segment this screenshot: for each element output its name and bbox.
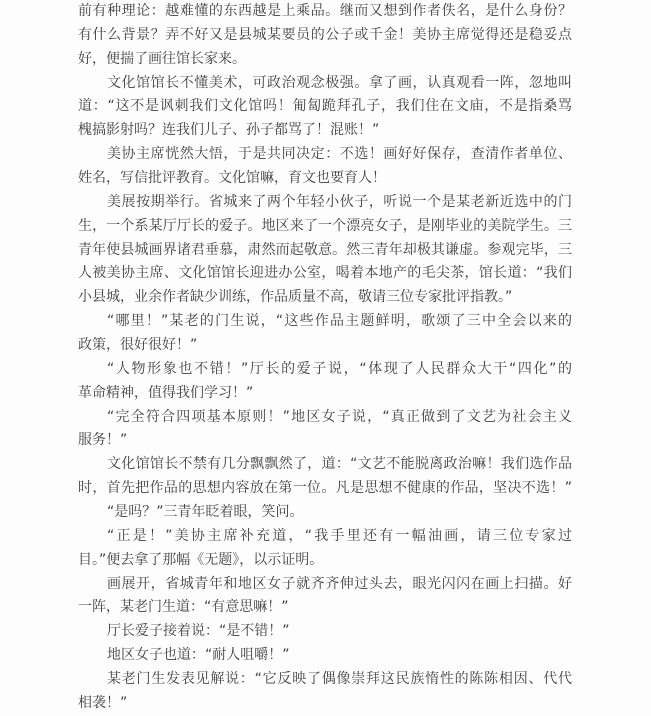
text-line: “人物形象也不错！”厅长的爱子说，“体现了人民群众大干“四化”的 bbox=[78, 358, 572, 382]
text-line: 前有种理论：越难懂的东西越是上乘品。继而又想到作者佚名，是什么身份？ bbox=[78, 0, 572, 24]
text-line: 青年使县城画界诸君垂慕，肃然而起敬意。然三青年却极其谦虚。参观完毕，三 bbox=[78, 239, 572, 263]
text-line: 画展开，省城青年和地区女子就齐齐伸过头去，眼光闪闪在画上扫描。好 bbox=[78, 573, 572, 597]
text-line: “是吗？”三青年眨着眼，笑问。 bbox=[78, 501, 572, 525]
text-line: 美协主席恍然大悟，于是共同决定：不选！画好好保存，查清作者单位、 bbox=[78, 143, 572, 167]
text-line: 目。”便去拿了那幅《无题》，以示证明。 bbox=[78, 549, 572, 573]
text-line: 时，首先把作品的思想内容放在第一位。凡是思想不健康的作品，坚决不选！” bbox=[78, 477, 572, 501]
text-line: 道：“这不是讽刺我们文化馆吗！匍匐跪拜孔子，我们住在文庙，不是指桑骂 bbox=[78, 95, 572, 119]
text-line: 小县城，业余作者缺少训练，作品质量不高，敬请三位专家批评指教。” bbox=[78, 286, 572, 310]
text-line: 好，便揣了画往馆长家来。 bbox=[78, 48, 572, 72]
text-line: 革命精神，值得我们学习！” bbox=[78, 382, 572, 406]
text-line: 文化馆馆长不懂美术，可政治观念极强。拿了画，认真观看一阵，忽地叫 bbox=[78, 72, 572, 96]
text-line: 相袭！” bbox=[78, 692, 572, 716]
text-line: 文化馆馆长不禁有几分飘飘然了，道：“文艺不能脱离政治嘛！我们选作品 bbox=[78, 453, 572, 477]
text-column: 前有种理论：越难懂的东西越是上乘品。继而又想到作者佚名，是什么身份？有什么背景？… bbox=[78, 0, 572, 716]
text-line: 姓名，写信批评教育。文化馆嘛，育文也要育人！ bbox=[78, 167, 572, 191]
scanned-book-page: { "page": { "background": "#fdfdfd", "te… bbox=[0, 0, 651, 716]
text-line: 人被美协主席、文化馆馆长迎进办公室，喝着本地产的毛尖茶，馆长道：“我们 bbox=[78, 262, 572, 286]
text-line: 地区女子也道：“耐人咀嚼！” bbox=[78, 644, 572, 668]
text-line: 一阵，某老门生道：“有意思嘛！” bbox=[78, 596, 572, 620]
text-line: “完全符合四项基本原则！”地区女子说，“真正做到了文艺为社会主义 bbox=[78, 406, 572, 430]
text-line: 有什么背景？弄不好又是县城某要员的公子或千金！美协主席觉得还是稳妥点 bbox=[78, 24, 572, 48]
text-line: 槐搞影射吗？连我们儿子、孙子都骂了！混账！” bbox=[78, 119, 572, 143]
text-line: 美展按期举行。省城来了两个年轻小伙子，听说一个是某老新近选中的门 bbox=[78, 191, 572, 215]
text-line: 政策，很好很好！” bbox=[78, 334, 572, 358]
text-line: 服务！” bbox=[78, 429, 572, 453]
text-line: 生，一个系某厅厅长的爱子。地区来了一个漂亮女子，是刚毕业的美院学生。三 bbox=[78, 215, 572, 239]
text-line: “哪里！”某老的门生说，“这些作品主题鲜明，歌颂了三中全会以来的 bbox=[78, 310, 572, 334]
text-line: 厅长爱子接着说：“是不错！” bbox=[78, 620, 572, 644]
text-line: 某老门生发表见解说：“它反映了偶像崇拜这民族惰性的陈陈相因、代代 bbox=[78, 668, 572, 692]
text-line: “正是！”美协主席补充道，“我手里还有一幅油画，请三位专家过 bbox=[78, 525, 572, 549]
